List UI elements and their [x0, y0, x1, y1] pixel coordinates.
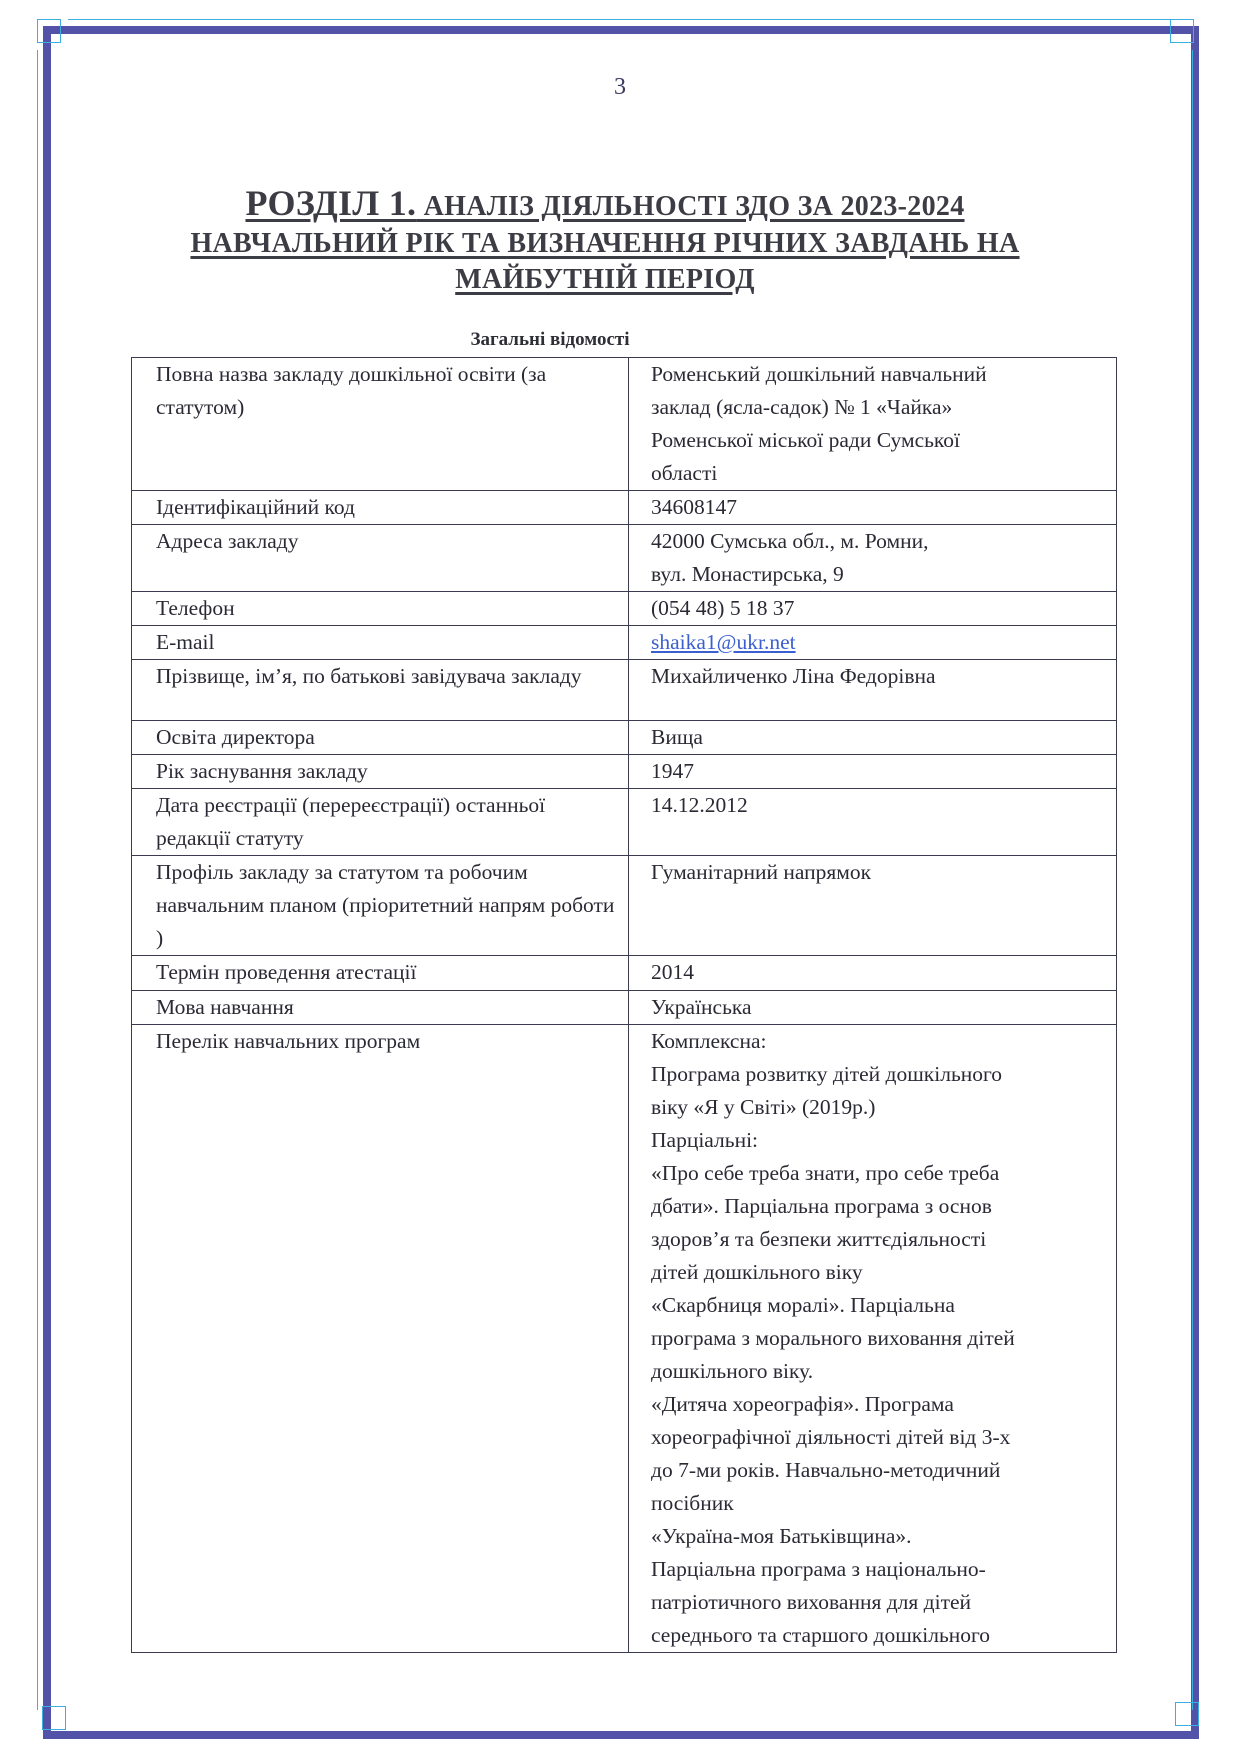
value-line: «Дитяча хореографія». Програма [651, 1388, 1106, 1421]
row-value: Михайличенко Ліна Федорівна [629, 660, 1117, 721]
row-value: Комплексна:Програма розвитку дітей дошкі… [629, 1025, 1117, 1653]
row-value: Вища [629, 721, 1117, 755]
value-line: області [651, 457, 1106, 490]
value-line: Вища [651, 721, 1106, 754]
row-label: Перелік навчальних програм [132, 1025, 629, 1653]
table-row: Повна назва закладу дошкільної освіти (з… [132, 358, 1117, 491]
table-caption: Загальні відомості [0, 329, 1100, 351]
value-line: Роменський дошкільний навчальний [651, 358, 1106, 391]
value-line: (054 48) 5 18 37 [651, 592, 1106, 625]
table-row: Термін проведення атестації2014 [132, 956, 1117, 991]
value-line: Комплексна: [651, 1025, 1106, 1058]
value-line: заклад (ясла-садок) № 1 «Чайка» [651, 391, 1106, 424]
table-row: Телефон(054 48) 5 18 37 [132, 592, 1117, 626]
row-value: Гуманітарний напрямок [629, 856, 1117, 956]
row-value: 42000 Сумська обл., м. Ромни,вул. Монаст… [629, 525, 1117, 592]
table-row: Прізвище, ім’я, по батькові завідувача з… [132, 660, 1117, 721]
value-line: програма з морального виховання дітей [651, 1322, 1106, 1355]
value-line: дітей дошкільного віку [651, 1256, 1106, 1289]
table-row: Освіта директораВища [132, 721, 1117, 755]
page-border-inner-top [68, 19, 1173, 20]
row-label: Повна назва закладу дошкільної освіти (з… [132, 358, 629, 491]
value-line: 34608147 [651, 491, 1106, 524]
table-row: E-mailshaika1@ukr.net [132, 626, 1117, 660]
row-label: Мова навчання [132, 991, 629, 1025]
row-label: Термін проведення атестації [132, 956, 629, 991]
value-line: здоров’я та безпеки життєдіяльності [651, 1223, 1106, 1256]
value-line: дошкільного віку. [651, 1355, 1106, 1388]
row-value: Українська [629, 991, 1117, 1025]
section-title: РОЗДІЛ 1. АНАЛІЗ ДІЯЛЬНОСТІ ЗДО ЗА 2023-… [0, 180, 1210, 298]
page-border-inner-right [1192, 50, 1193, 1710]
email-link[interactable]: shaika1@ukr.net [651, 630, 796, 654]
corner-ornament-bl [42, 1706, 66, 1730]
value-line: вул. Монастирська, 9 [651, 558, 1106, 591]
value-line: Програма розвитку дітей дошкільного [651, 1058, 1106, 1091]
table-row: Адреса закладу42000 Сумська обл., м. Ром… [132, 525, 1117, 592]
table-row: Рік заснування закладу1947 [132, 755, 1117, 789]
row-label: Адреса закладу [132, 525, 629, 592]
value-line: 2014 [651, 956, 1106, 989]
table-row: Профіль закладу за статутом та робочим н… [132, 856, 1117, 956]
section-title-line3: МАЙБУТНІЙ ПЕРІОД [455, 264, 755, 295]
corner-ornament-tr [1170, 19, 1194, 43]
value-line: дбати». Парціальна програма з основ [651, 1190, 1106, 1223]
value-line: патріотичного виховання для дітей [651, 1586, 1106, 1619]
value-line: Українська [651, 991, 1106, 1024]
value-line: хореографічної діяльності дітей від 3-х [651, 1421, 1106, 1454]
row-label: E-mail [132, 626, 629, 660]
value-line: Михайличенко Ліна Федорівна [651, 660, 1106, 693]
value-line: Парціальні: [651, 1124, 1106, 1157]
value-line: до 7-ми років. Навчально-методичний [651, 1454, 1106, 1487]
value-line: «Скарбниця моралі». Парціальна [651, 1289, 1106, 1322]
row-value: 2014 [629, 956, 1117, 991]
table-row: Ідентифікаційний код34608147 [132, 491, 1117, 525]
value-line: «Україна-моя Батьківщина». [651, 1520, 1106, 1553]
row-label: Освіта директора [132, 721, 629, 755]
value-line: 1947 [651, 755, 1106, 788]
section-title-line1: АНАЛІЗ ДІЯЛЬНОСТІ ЗДО ЗА 2023-2024 [416, 191, 964, 222]
value-line: середнього та старшого дошкільного [651, 1619, 1106, 1652]
row-value: 14.12.2012 [629, 789, 1117, 856]
row-label: Дата реєстрації (перереєстрації) останнь… [132, 789, 629, 856]
row-value: 1947 [629, 755, 1117, 789]
corner-ornament-tl [37, 19, 61, 43]
row-label: Ідентифікаційний код [132, 491, 629, 525]
row-value: shaika1@ukr.net [629, 626, 1117, 660]
value-line: Парціальна програма з національно- [651, 1553, 1106, 1586]
page-border-inner-left [37, 50, 38, 1710]
value-line: Гуманітарний напрямок [651, 856, 1106, 889]
section-title-line2: НАВЧАЛЬНИЙ РІК ТА ВИЗНАЧЕННЯ РІЧНИХ ЗАВД… [190, 228, 1019, 259]
section-title-prefix: РОЗДІЛ 1. [245, 183, 416, 223]
row-label: Прізвище, ім’я, по батькові завідувача з… [132, 660, 629, 721]
value-line: 14.12.2012 [651, 789, 1106, 822]
corner-ornament-br [1175, 1702, 1199, 1726]
general-info-table: Повна назва закладу дошкільної освіти (з… [131, 357, 1117, 1653]
value-line: віку «Я у Світі» (2019р.) [651, 1091, 1106, 1124]
value-line: «Про себе треба знати, про себе треба [651, 1157, 1106, 1190]
value-line: посібник [651, 1487, 1106, 1520]
table-row: Перелік навчальних програмКомплексна:Про… [132, 1025, 1117, 1653]
row-label: Рік заснування закладу [132, 755, 629, 789]
page-number: 3 [0, 74, 1240, 101]
value-line: 42000 Сумська обл., м. Ромни, [651, 525, 1106, 558]
row-label: Телефон [132, 592, 629, 626]
value-line: Роменської міської ради Сумської [651, 424, 1106, 457]
row-value: Роменський дошкільний навчальнийзаклад (… [629, 358, 1117, 491]
table-row: Мова навчанняУкраїнська [132, 991, 1117, 1025]
row-label: Профіль закладу за статутом та робочим н… [132, 856, 629, 956]
row-value: (054 48) 5 18 37 [629, 592, 1117, 626]
table-row: Дата реєстрації (перереєстрації) останнь… [132, 789, 1117, 856]
row-value: 34608147 [629, 491, 1117, 525]
